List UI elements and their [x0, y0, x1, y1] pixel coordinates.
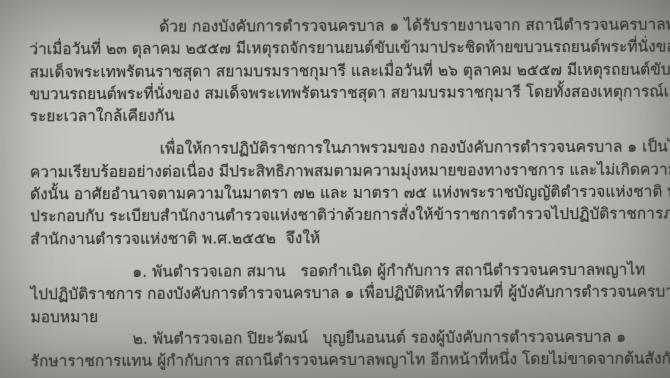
text-line: สำนักงานตำรวจแห่งชาติ พ.ศ.๒๕๕๒ จึงให้ — [30, 225, 654, 250]
document-photo: ด้วย กองบังคับการตำรวจนครบาล ๑ ได้รับราย… — [0, 0, 670, 378]
text-line: ไปปฏิบัติราชการ กองบังคับการตำรวจนครบาล … — [30, 281, 654, 306]
text-line: ๒. พันตำรวจเอก ปิยะวัฒน์ บุญยืนอนนต์ รอง… — [31, 325, 655, 350]
text-line: รักษาราชการแทน ผู้กำกับการ สถานีตำรวจนคร… — [31, 348, 655, 373]
text-line: ๑. พันตำรวจเอก สมาน รอดกำเนิด ผู้กำกับกา… — [30, 259, 654, 284]
text-line: ว่าเมื่อวันที่ ๒๓ ตุลาคม ๒๕๕๗ มีเหตุรถจั… — [29, 36, 653, 61]
text-line: ระยะเวลาใกล้เคียงกัน — [30, 103, 654, 128]
text-line: เพื่อให้การปฏิบัติราชการในภาพรวมของ กองบ… — [30, 136, 654, 161]
paragraph-authority: เพื่อให้การปฏิบัติราชการในภาพรวมของ กองบ… — [30, 136, 654, 250]
paragraph-intro: ด้วย กองบังคับการตำรวจนครบาล ๑ ได้รับราย… — [29, 14, 653, 128]
text-line: ความเรียบร้อยอย่างต่อเนื่อง มีประสิทธิภา… — [30, 158, 654, 183]
text-line: ขบวนรถยนต์พระที่นั่งของ สมเด็จพระเทพรัตน… — [30, 81, 654, 106]
text-line: ประกอบกับ ระเบียบสำนักงานตำรวจแห่งชาติว่… — [30, 203, 654, 228]
text-line: ด้วย กองบังคับการตำรวจนครบาล ๑ ได้รับราย… — [29, 14, 653, 39]
order-item-2: ๒. พันตำรวจเอก ปิยะวัฒน์ บุญยืนอนนต์ รอง… — [31, 325, 655, 372]
document-text-block: ด้วย กองบังคับการตำรวจนครบาล ๑ ได้รับราย… — [29, 14, 655, 373]
order-item-1: ๑. พันตำรวจเอก สมาน รอดกำเนิด ผู้กำกับกา… — [30, 259, 654, 329]
text-line: ดังนั้น อาศัยอำนาจตามความในมาตรา ๗๒ และ … — [30, 181, 654, 206]
text-line: สมเด็จพระเทพรัตนราชสุดา สยามบรมราชกุมารี… — [29, 58, 653, 83]
text-line: มอบหมาย — [30, 303, 654, 328]
